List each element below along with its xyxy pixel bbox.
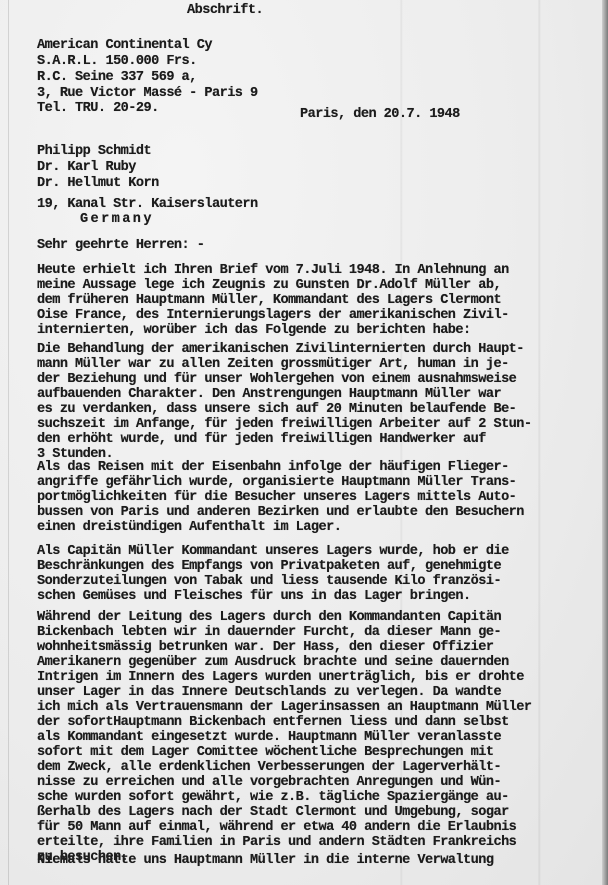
paragraph-line: ßerhalb des Lagers nach der Stadt Clermo… bbox=[37, 805, 509, 820]
sender-line: American Continental Cy bbox=[37, 38, 212, 53]
paragraph-line: sofort mit dem Lager Comittee wöchentlic… bbox=[37, 745, 493, 760]
paragraph-line: es zu verdanken, dass unsere sich auf 20… bbox=[37, 402, 516, 417]
salutation: Sehr geehrte Herren: - bbox=[37, 238, 204, 253]
paragraph-line: Beschränkungen des Empfangs von Privatpa… bbox=[37, 559, 501, 574]
recipient-name: Dr. Hellmut Korn bbox=[37, 176, 159, 191]
paragraph-line: unser Lager in das Innere Deutschlands z… bbox=[37, 685, 501, 700]
paragraph-line: dem Zweck, alle erdenklichen Verbesserun… bbox=[37, 760, 501, 775]
paragraph-line: den erhöht wurde, und für jeden freiwill… bbox=[37, 432, 486, 447]
recipient-country: Germany bbox=[80, 212, 154, 227]
paragraph-line: wohnheitsmässig betrunken war. Der Hass,… bbox=[37, 640, 493, 655]
sender-line: S.A.R.L. 150.000 Frs. bbox=[37, 54, 197, 69]
paragraph-line: Intrigen im Innern des Lagers wurden une… bbox=[37, 670, 524, 685]
document-page: Abschrift. American Continental Cy S.A.R… bbox=[0, 0, 608, 885]
paragraph-line: Die Behandlung der amerikanischen Zivili… bbox=[37, 342, 524, 357]
paragraph-line: schen Gemüses und Fleisches für uns in d… bbox=[37, 589, 471, 604]
page-fold-line bbox=[8, 0, 9, 885]
paragraph-line: portmöglichkeiten für die Besucher unser… bbox=[37, 490, 516, 505]
paragraph-line: suchszeit im Anfange, für jeden freiwill… bbox=[37, 417, 532, 432]
letter-date: Paris, den 20.7. 1948 bbox=[300, 107, 460, 122]
recipient-address: 19, Kanal Str. Kaiserslautern bbox=[37, 197, 258, 212]
paragraph-line: aufbauenden Charakter. Den Anstrengungen… bbox=[37, 387, 501, 402]
paragraph-line: Sonderzuteilungen von Tabak und liess ta… bbox=[37, 574, 501, 589]
sender-line: 3, Rue Victor Massé - Paris 9 bbox=[37, 86, 258, 101]
paragraph-line: einen dreistündigen Aufenthalt im Lager. bbox=[37, 520, 341, 535]
paragraph-line: Bickenbach lebten wir in dauernder Furch… bbox=[37, 625, 501, 640]
sender-line: Tel. TRU. 20-29. bbox=[37, 101, 159, 116]
sender-line: R.C. Seine 337 569 a, bbox=[37, 70, 197, 85]
paragraph-line: Oise France, des Internierungslagers der… bbox=[37, 308, 509, 323]
paragraph-line: Niemals hätte uns Hauptmann Müller in di… bbox=[37, 853, 493, 868]
paragraph-line: nisse zu erreichen und alle vorgebrachte… bbox=[37, 775, 501, 790]
paragraph-line: Als das Reisen mit der Eisenbahn infolge… bbox=[37, 460, 509, 475]
paragraph-line: erteilte, ihre Familien in Paris und and… bbox=[37, 835, 516, 850]
paragraph-line: der sofortHauptmann Bickenbach entfernen… bbox=[37, 715, 509, 730]
paragraph-line: internierten, worüber ich das Folgende z… bbox=[37, 323, 471, 338]
paragraph-line: Amerikanern gegenüber zum Ausdruck brach… bbox=[37, 655, 509, 670]
recipient-name: Dr. Karl Ruby bbox=[37, 160, 136, 175]
paragraph-line: bussen von Paris und anderen Bezirken un… bbox=[37, 505, 524, 520]
paragraph-line: als Kommandant eingesetzt wurde. Hauptma… bbox=[37, 730, 501, 745]
paragraph-line: angriffe gefährlich wurde, organisierte … bbox=[37, 475, 516, 490]
paragraph-line: meine Aussage lege ich Zeugnis zu Gunste… bbox=[37, 278, 501, 293]
paragraph-line: sche wurden sofort gewährt, wie z.B. täg… bbox=[37, 790, 509, 805]
paragraph-line: mann Müller war zu allen Zeiten grossmüt… bbox=[37, 357, 509, 372]
paragraph-line: Als Capitän Müller Kommandant unseres La… bbox=[37, 544, 509, 559]
page-edge-shadow bbox=[602, 0, 608, 885]
paragraph-line: Heute erhielt ich Ihren Brief vom 7.Juli… bbox=[37, 263, 509, 278]
paragraph-line: für 50 Mann auf einmal, während er etwa … bbox=[37, 820, 516, 835]
paragraph-line: der Beziehung und für unser Wohlergehen … bbox=[37, 372, 516, 387]
paragraph-line: ich mich als Vertrauensmann der Lagerins… bbox=[37, 700, 532, 715]
document-heading: Abschrift. bbox=[187, 3, 263, 18]
paragraph-line: Während der Leitung des Lagers durch den… bbox=[37, 610, 501, 625]
paragraph-line: dem früheren Hauptmann Müller, Kommandan… bbox=[37, 293, 501, 308]
recipient-name: Philipp Schmidt bbox=[37, 144, 151, 159]
